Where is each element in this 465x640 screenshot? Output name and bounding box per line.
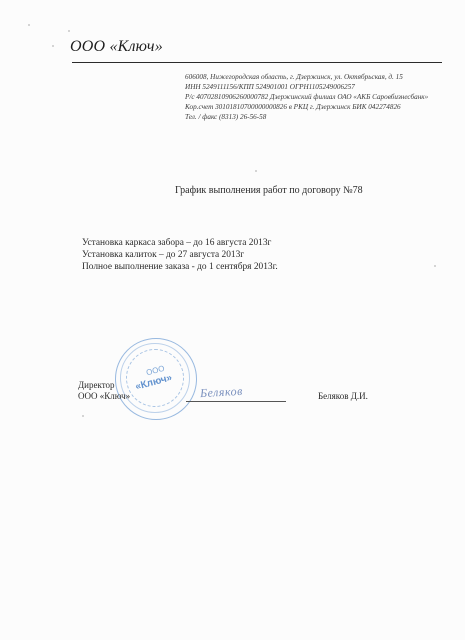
company-stamp-icon: ООО «Ключ» [115, 338, 197, 420]
scan-speck [82, 415, 84, 417]
document-page: ООО «Ключ» 606008, Нижегородская область… [0, 0, 465, 640]
schedule-list: Установка каркаса забора – до 16 августа… [82, 237, 278, 273]
schedule-item: Установка калиток – до 27 августа 2013г [82, 249, 278, 261]
scan-speck [68, 30, 70, 32]
signer-name: Беляков Д.И. [318, 391, 368, 401]
signer-organization: ООО «Ключ» [78, 391, 130, 402]
schedule-item: Полное выполнение заказа - до 1 сентября… [82, 261, 278, 273]
correspondent-account-line: Кор.счет 30101810700000000826 в РКЦ г. Д… [185, 102, 428, 112]
bank-account-line: Р/с 40702810906260000782 Дзержинский фил… [185, 92, 428, 102]
signer-title: Директор ООО «Ключ» [78, 380, 130, 402]
scan-speck [434, 265, 436, 267]
signer-position: Директор [78, 380, 130, 391]
scan-speck [52, 45, 54, 47]
address-line: 606008, Нижегородская область, г. Дзержи… [185, 72, 428, 82]
schedule-item: Установка каркаса забора – до 16 августа… [82, 237, 278, 249]
handwritten-signature: Беляков [200, 384, 244, 401]
scan-speck [28, 24, 30, 26]
header-divider [72, 62, 442, 63]
company-name: ООО «Ключ» [70, 38, 163, 56]
document-title: График выполнения работ по договору №78 [175, 185, 363, 196]
company-requisites: 606008, Нижегородская область, г. Дзержи… [185, 72, 428, 122]
phone-fax-line: Тел. / факс (8313) 26-56-58 [185, 112, 428, 122]
scan-speck [255, 170, 257, 172]
signature-line [186, 401, 286, 402]
tax-ids-line: ИНН 5249111156/КПП 524901001 ОГРН1105249… [185, 82, 428, 92]
